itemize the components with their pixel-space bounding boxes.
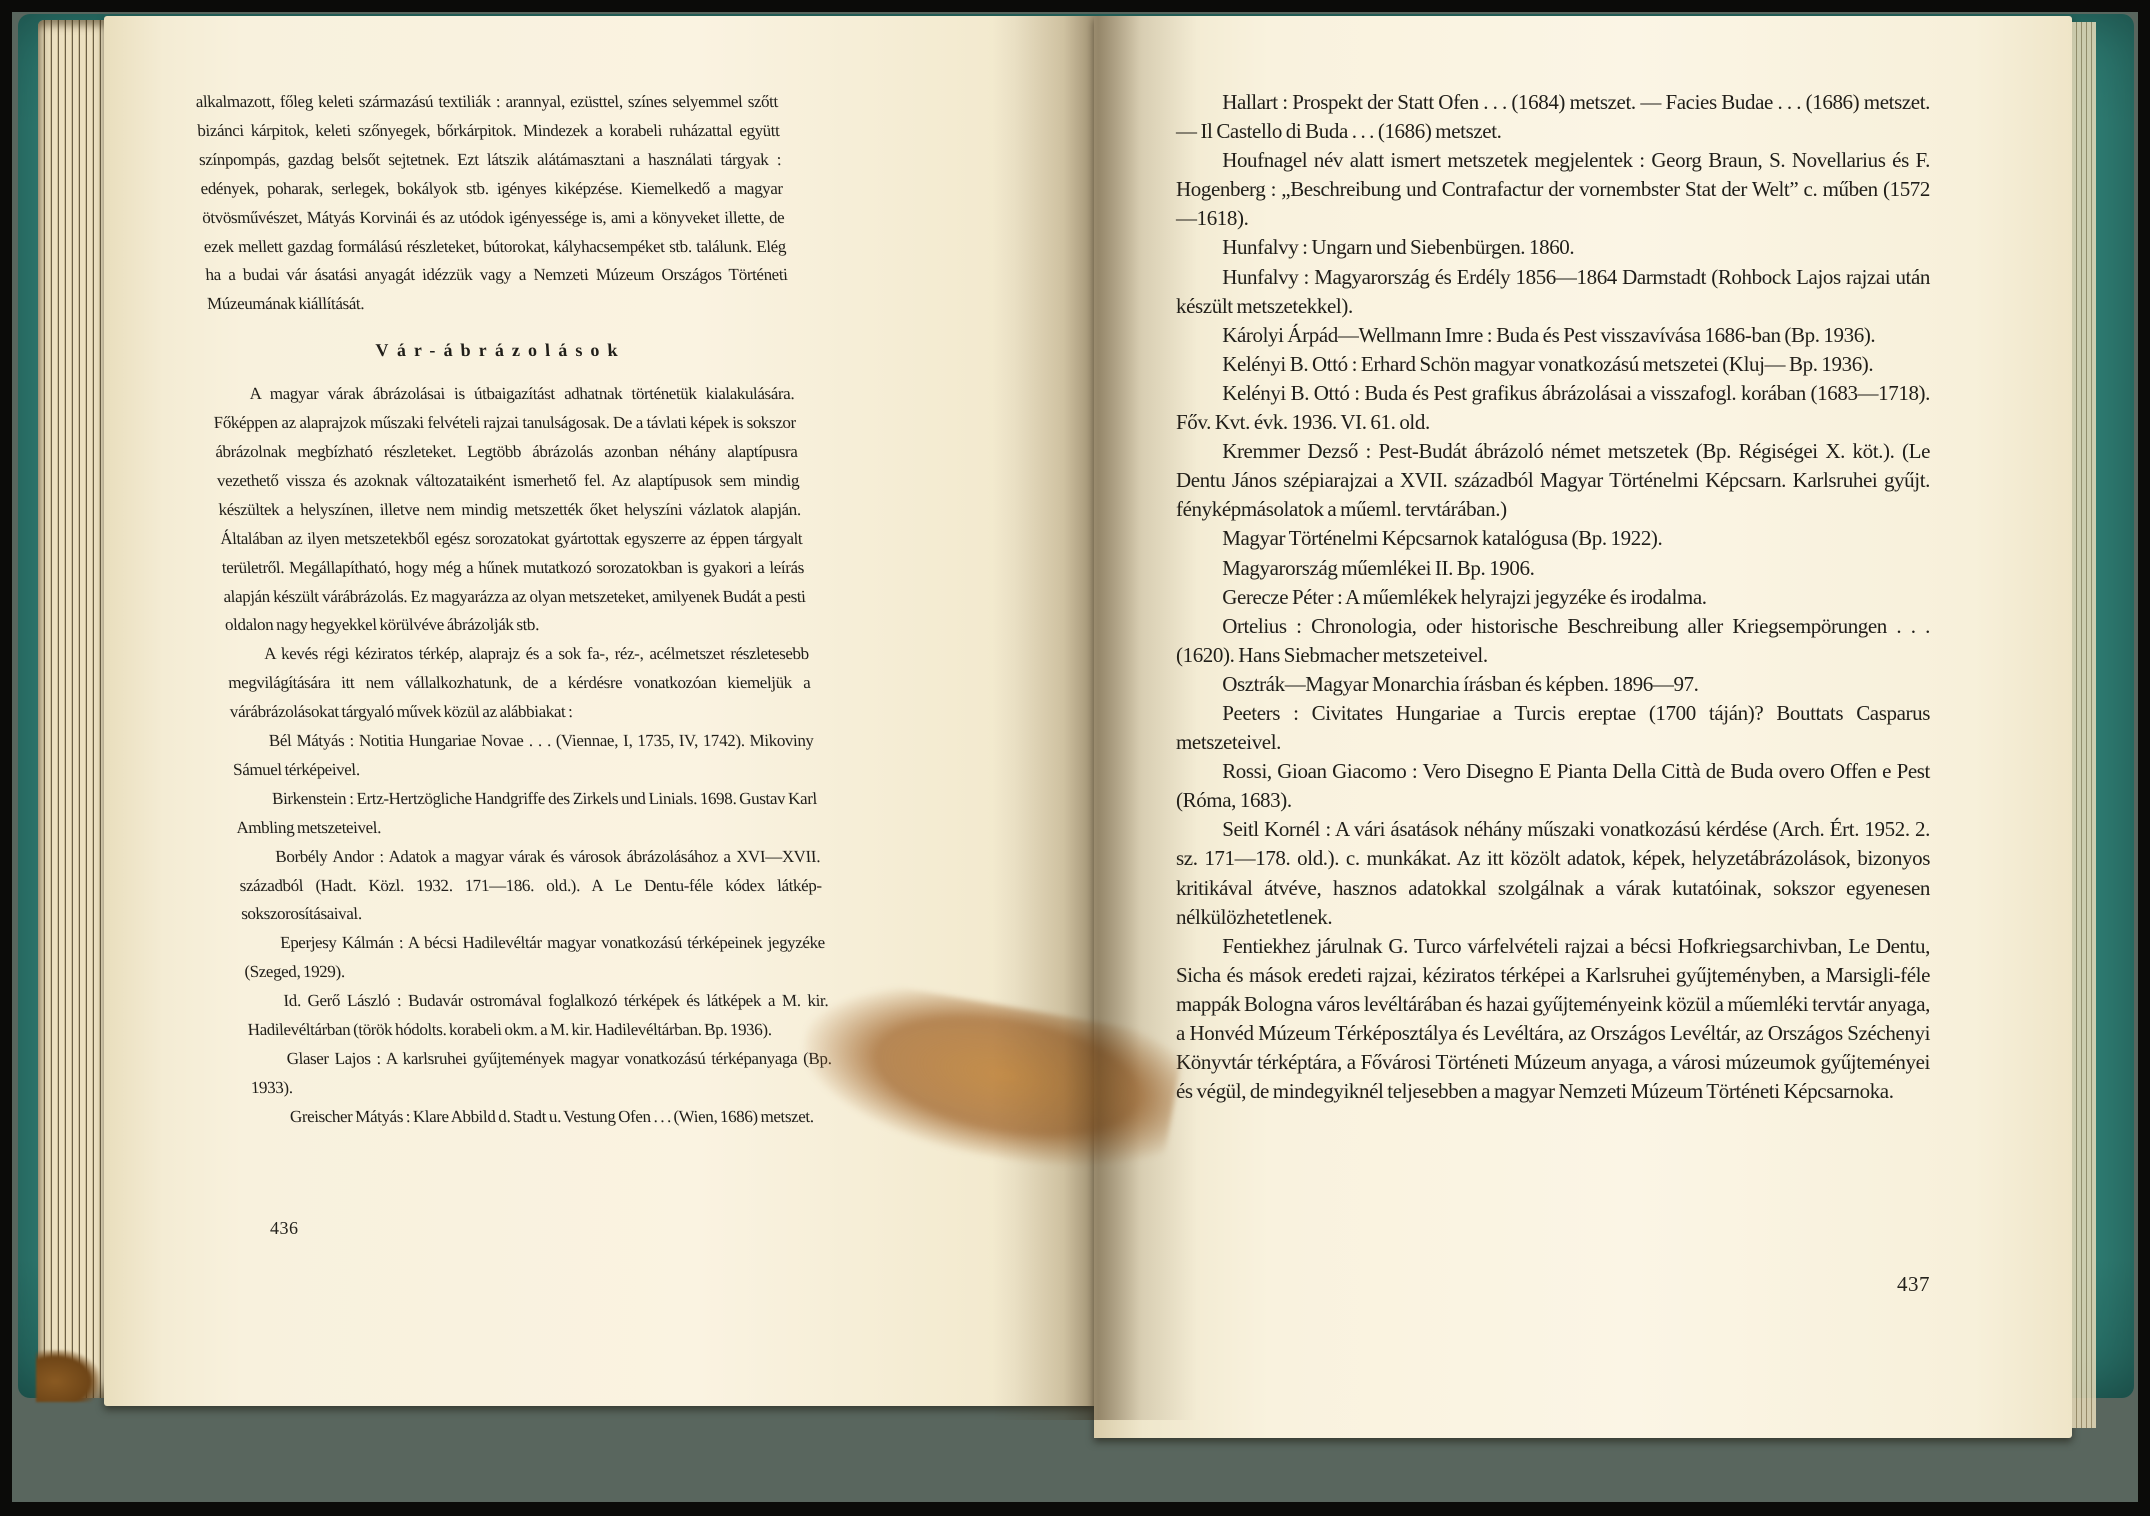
paragraph: Kremmer Dezső : Pest-Budát ábrázoló néme… [1176, 437, 1930, 524]
paragraph: Birkenstein : Ertz-Hertzögliche Handgrif… [234, 785, 819, 843]
paragraph: Eperjesy Kálmán : A bécsi Hadilevéltár m… [242, 929, 827, 987]
paragraph: Greischer Mátyás : Klare Abbild d. Stadt… [252, 1103, 836, 1132]
page-text-left: alkalmazott, főleg keleti származású tex… [195, 88, 835, 1132]
paragraph: A magyar várak ábrázolásai is útbaigazít… [211, 380, 808, 640]
paragraph: Id. Gerő László : Budavár ostromával fog… [245, 987, 830, 1045]
paragraph: Károlyi Árpád—Wellmann Imre : Buda és Pe… [1176, 321, 1930, 350]
paragraph: Hunfalvy : Ungarn und Siebenbürgen. 1860… [1176, 233, 1930, 262]
page-number-right: 437 [1176, 1272, 1930, 1297]
cover-corner [36, 1350, 100, 1402]
section-heading: Vár-ábrázolások [209, 336, 793, 365]
paragraph: Fentiekhez járulnak G. Turco várfelvétel… [1176, 932, 1930, 1107]
paragraph: Magyar Történelmi Képcsarnok katalógusa … [1176, 524, 1930, 553]
page-number-left: 436 [270, 1218, 299, 1239]
desk-surface: alkalmazott, főleg keleti származású tex… [12, 12, 2138, 1502]
paragraph: Borbély Andor : Adatok a magyar várak és… [237, 843, 824, 930]
paragraph: Kelényi B. Ottó : Erhard Schön magyar vo… [1176, 350, 1930, 379]
paragraph: Ortelius : Chronologia, oder historische… [1176, 612, 1930, 670]
paragraph: Seitl Kornél : A vári ásatások néhány mű… [1176, 815, 1930, 931]
page-edges-right [2072, 22, 2096, 1428]
paragraph: Rossi, Gioan Giacomo : Vero Disegno E Pi… [1176, 757, 1930, 815]
paragraph: Houfnagel név alatt ismert metszetek meg… [1176, 146, 1930, 233]
paragraph: A kevés régi kéziratos térkép, alaprajz … [226, 640, 813, 727]
paragraph: Hunfalvy : Magyarország és Erdély 1856—1… [1176, 263, 1930, 321]
paragraph: Bél Mátyás : Notitia Hungariae Novae . .… [231, 727, 816, 785]
paragraph: Osztrák—Magyar Monarchia írásban és képb… [1176, 670, 1930, 699]
paragraph: Magyarország műemlékei II. Bp. 1906. [1176, 554, 1930, 583]
paragraph: Gerecze Péter : A műemlékek helyrajzi je… [1176, 583, 1930, 612]
paragraph: alkalmazott, főleg keleti származású tex… [195, 88, 790, 319]
paragraph: Hallart : Prospekt der Statt Ofen . . . … [1176, 88, 1930, 146]
paragraph: Kelényi B. Ottó : Buda és Pest grafikus … [1176, 379, 1930, 437]
paragraph: Peeters : Civitates Hungariae a Turcis e… [1176, 699, 1930, 757]
page-text-right: Hallart : Prospekt der Statt Ofen . . . … [1176, 88, 1930, 1106]
book-photo: { "colors": { "background_frame": "#0b0b… [0, 0, 2150, 1516]
paragraph: Glaser Lajos : A karlsruhei gyűjtemények… [249, 1045, 834, 1103]
